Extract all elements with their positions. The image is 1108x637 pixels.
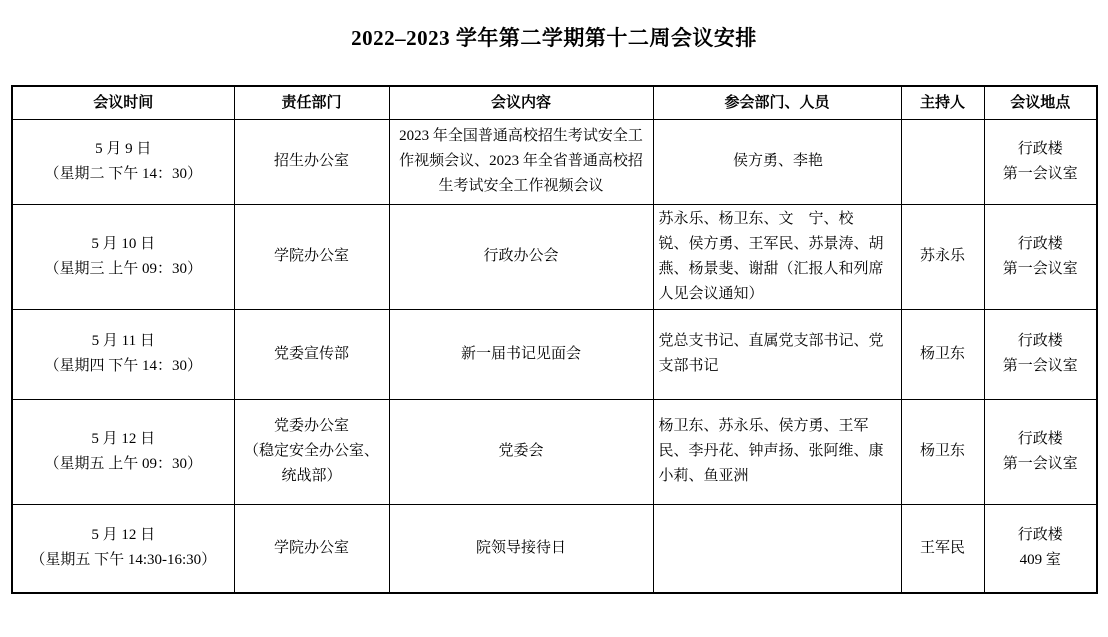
location-cell: 行政楼 第一会议室 — [984, 204, 1097, 309]
table-body: 5 月 9 日 （星期二 下午 14：30）招生办公室2023 年全国普通高校招… — [12, 119, 1097, 593]
header-participants: 参会部门、人员 — [653, 86, 901, 119]
department-cell: 党委宣传部 — [234, 309, 389, 399]
table-row: 5 月 12 日 （星期五 上午 09：30）党委办公室 （稳定安全办公室、统战… — [12, 399, 1097, 504]
host-cell: 苏永乐 — [901, 204, 984, 309]
header-location: 会议地点 — [984, 86, 1097, 119]
time-cell: 5 月 12 日 （星期五 下午 14:30-16:30） — [12, 504, 234, 593]
table-header-row: 会议时间 责任部门 会议内容 参会部门、人员 主持人 会议地点 — [12, 86, 1097, 119]
location-cell: 行政楼 第一会议室 — [984, 119, 1097, 204]
participants-cell — [653, 504, 901, 593]
host-cell: 杨卫东 — [901, 399, 984, 504]
content-cell: 新一届书记见面会 — [389, 309, 653, 399]
content-cell: 院领导接待日 — [389, 504, 653, 593]
participants-cell: 侯方勇、李艳 — [653, 119, 901, 204]
department-cell: 学院办公室 — [234, 204, 389, 309]
header-department: 责任部门 — [234, 86, 389, 119]
location-cell: 行政楼 第一会议室 — [984, 399, 1097, 504]
header-meeting-time: 会议时间 — [12, 86, 234, 119]
content-cell: 2023 年全国普通高校招生考试安全工作视频会议、2023 年全省普通高校招生考… — [389, 119, 653, 204]
department-cell: 招生办公室 — [234, 119, 389, 204]
page-title: 2022–2023 学年第二学期第十二周会议安排 — [0, 22, 1108, 52]
content-cell: 党委会 — [389, 399, 653, 504]
time-cell: 5 月 11 日 （星期四 下午 14：30） — [12, 309, 234, 399]
table-row: 5 月 10 日 （星期三 上午 09：30）学院办公室行政办公会苏永乐、杨卫东… — [12, 204, 1097, 309]
time-cell: 5 月 10 日 （星期三 上午 09：30） — [12, 204, 234, 309]
location-cell: 行政楼 第一会议室 — [984, 309, 1097, 399]
time-cell: 5 月 12 日 （星期五 上午 09：30） — [12, 399, 234, 504]
time-cell: 5 月 9 日 （星期二 下午 14：30） — [12, 119, 234, 204]
department-cell: 党委办公室 （稳定安全办公室、统战部） — [234, 399, 389, 504]
department-cell: 学院办公室 — [234, 504, 389, 593]
host-cell — [901, 119, 984, 204]
header-host: 主持人 — [901, 86, 984, 119]
host-cell: 王军民 — [901, 504, 984, 593]
participants-cell: 杨卫东、苏永乐、侯方勇、王军民、李丹花、钟声扬、张阿维、康小莉、鱼亚洲 — [653, 399, 901, 504]
participants-cell: 苏永乐、杨卫东、文 宁、校 锐、侯方勇、王军民、苏景涛、胡 燕、杨景斐、谢甜（汇… — [653, 204, 901, 309]
participants-cell: 党总支书记、直属党支部书记、党支部书记 — [653, 309, 901, 399]
table-row: 5 月 9 日 （星期二 下午 14：30）招生办公室2023 年全国普通高校招… — [12, 119, 1097, 204]
content-cell: 行政办公会 — [389, 204, 653, 309]
location-cell: 行政楼 409 室 — [984, 504, 1097, 593]
table-row: 5 月 12 日 （星期五 下午 14:30-16:30）学院办公室院领导接待日… — [12, 504, 1097, 593]
meeting-schedule-table: 会议时间 责任部门 会议内容 参会部门、人员 主持人 会议地点 5 月 9 日 … — [11, 85, 1098, 594]
header-meeting-content: 会议内容 — [389, 86, 653, 119]
host-cell: 杨卫东 — [901, 309, 984, 399]
document-page: 2022–2023 学年第二学期第十二周会议安排 会议时间 责任部门 会议内容 … — [0, 0, 1108, 637]
table-row: 5 月 11 日 （星期四 下午 14：30）党委宣传部新一届书记见面会党总支书… — [12, 309, 1097, 399]
